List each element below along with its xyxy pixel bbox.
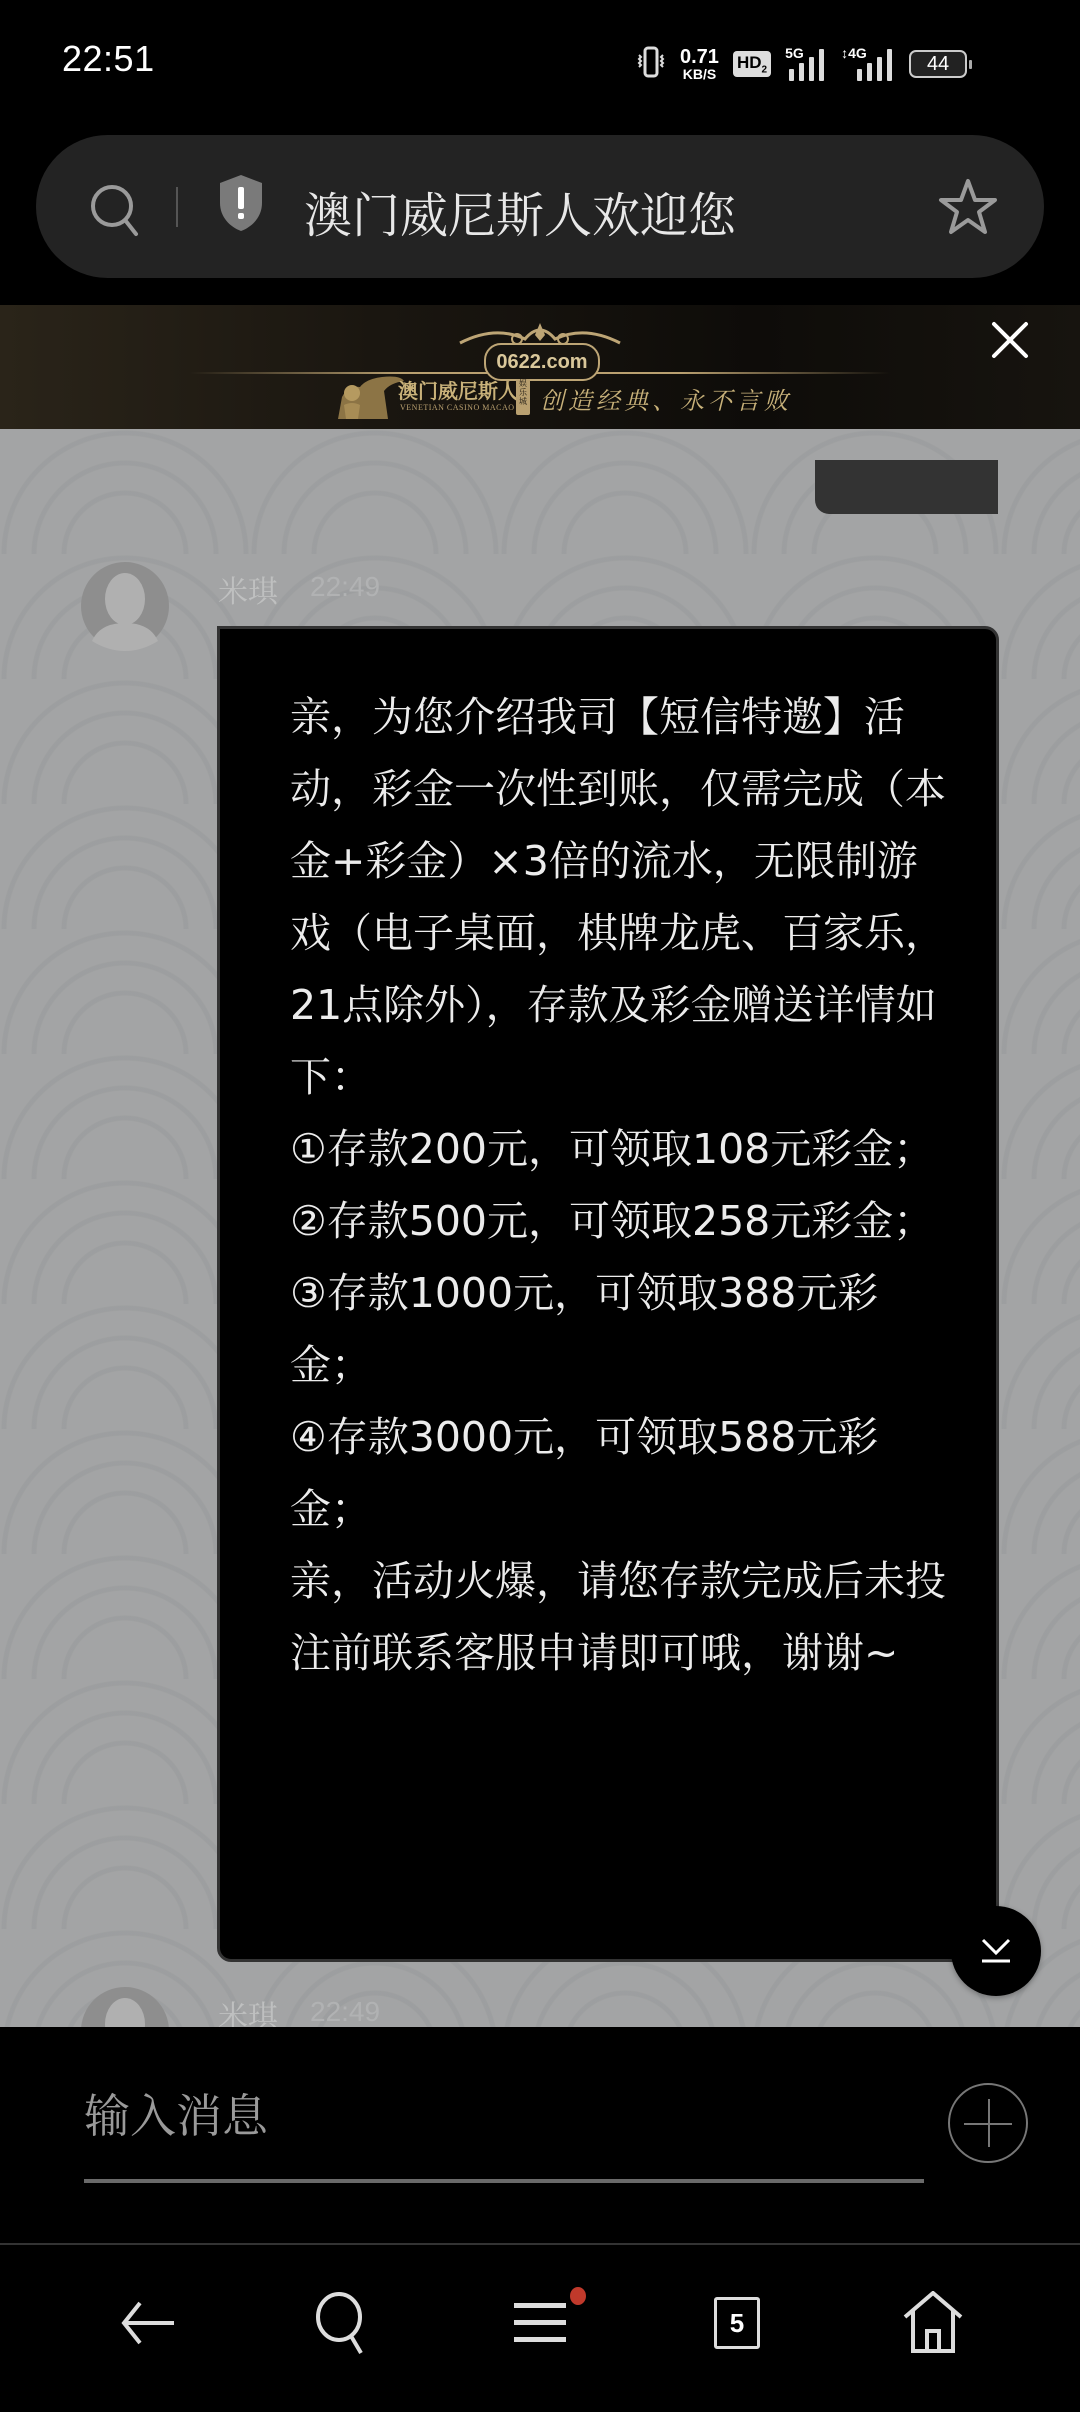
hamburger-menu-icon <box>512 2301 568 2345</box>
message-time: 22:49 <box>310 571 380 603</box>
sender-name: 米琪 <box>218 1992 278 2027</box>
network-speed: 0.71 KB/S <box>680 47 719 81</box>
own-message-bubble[interactable] <box>815 460 998 514</box>
avatar[interactable] <box>80 1986 170 2027</box>
home-icon <box>901 2291 965 2355</box>
banner-brand-name: 澳门威尼斯人 <box>398 375 518 404</box>
menu-button[interactable] <box>500 2283 580 2363</box>
hd-voice-icon: HD2 <box>733 51 771 77</box>
message-text: 亲，为您介绍我司【短信特邀】活动，彩金一次性到账，仅需完成（本金+彩金）×3倍的… <box>290 681 950 1689</box>
status-icons: 0.71 KB/S HD2 5G ↕4G 44 <box>636 44 967 84</box>
promo-banner[interactable]: 0622.com 澳门威尼斯人 VENETIAN CASINO MACAO 娱乐… <box>0 305 1080 429</box>
back-button[interactable] <box>108 2283 188 2363</box>
scroll-to-bottom-button[interactable] <box>951 1906 1041 1996</box>
message-input[interactable] <box>84 2083 924 2149</box>
status-time: 22:51 <box>62 38 155 80</box>
message-bubble[interactable]: 亲，为您介绍我司【短信特邀】活动，彩金一次性到账，仅需完成（本金+彩金）×3倍的… <box>217 626 999 1962</box>
scroll-to-bottom-icon <box>978 1936 1014 1966</box>
banner-slogan: 创造经典、永不言败 <box>540 381 792 416</box>
signal-5g-icon: 5G <box>785 47 833 81</box>
divider <box>176 187 178 227</box>
page-title[interactable]: 澳门威尼斯人欢迎您 <box>304 177 736 246</box>
search-icon[interactable] <box>86 180 146 244</box>
sender-name: 米琪 <box>218 567 278 611</box>
signal-4g-icon: ↕4G <box>847 47 895 81</box>
close-icon[interactable] <box>988 318 1032 362</box>
tabs-icon: 5 <box>714 2297 760 2349</box>
plus-circle-icon[interactable] <box>948 2083 1028 2163</box>
input-underline <box>84 2179 924 2183</box>
arrow-left-icon <box>118 2298 178 2348</box>
notification-dot <box>570 2287 586 2305</box>
address-bar[interactable]: 澳门威尼斯人欢迎您 <box>36 135 1044 278</box>
banner-brand-english: VENETIAN CASINO MACAO <box>400 403 515 412</box>
search-icon <box>313 2291 373 2355</box>
avatar[interactable] <box>80 561 170 651</box>
message-time: 22:49 <box>310 1996 380 2027</box>
vibrate-icon <box>636 45 666 83</box>
browser-bottom-nav: 5 <box>0 2245 1080 2412</box>
chat-message-list[interactable]: 米琪 22:49 亲，为您介绍我司【短信特邀】活动，彩金一次性到账，仅需完成（本… <box>0 429 1080 2027</box>
star-icon[interactable] <box>936 175 1000 243</box>
battery-icon: 44 <box>909 50 967 78</box>
search-button[interactable] <box>303 2283 383 2363</box>
tabs-button[interactable]: 5 <box>697 2283 777 2363</box>
status-bar: 22:51 0.71 KB/S HD2 5G ↕4G 44 <box>0 0 1080 125</box>
message-composer <box>0 2027 1080 2243</box>
warning-shield-icon[interactable] <box>216 173 266 237</box>
banner-stamp: 娱乐城 <box>516 379 530 415</box>
home-button[interactable] <box>893 2283 973 2363</box>
